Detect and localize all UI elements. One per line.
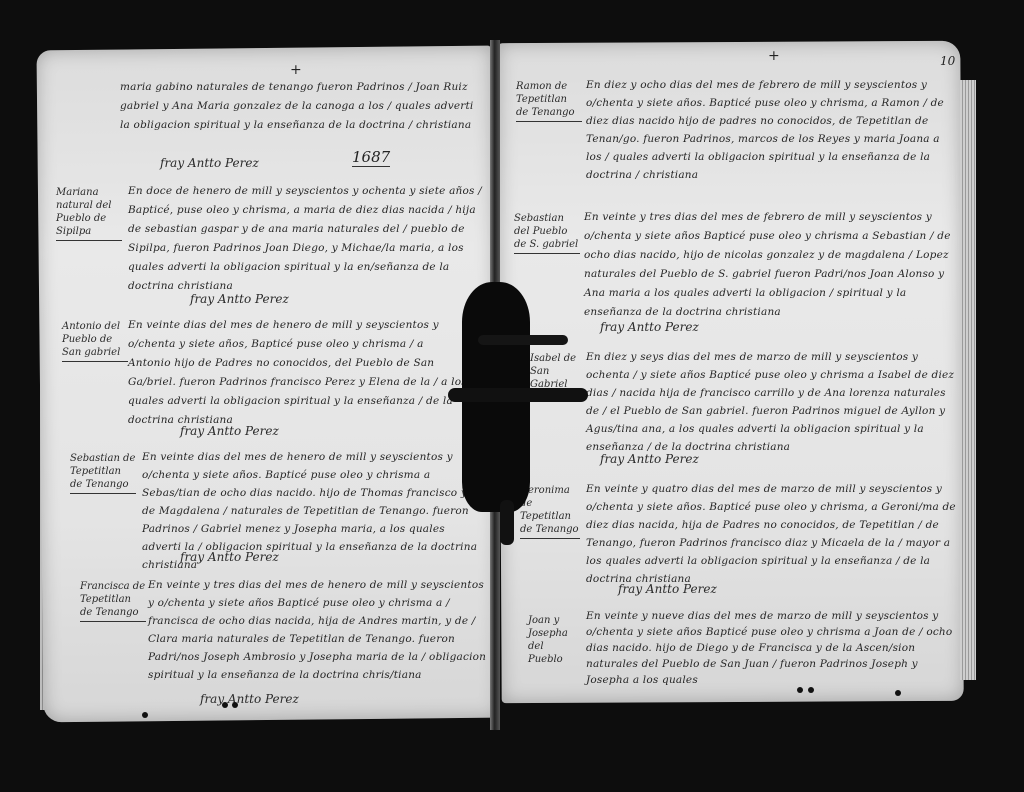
year-heading: 1687: [352, 148, 390, 167]
ink-spot: [797, 687, 803, 693]
entry-text: En veinte y quatro dias del mes de marzo…: [586, 480, 956, 588]
left-continuation-text: maria gabino naturales de tenango fueron…: [120, 78, 480, 135]
entry-signature: fray Antto Perez: [618, 582, 717, 596]
ink-spot: [222, 702, 228, 708]
entry-margin-note: Geronima de Tepetitlan de Tenango: [520, 484, 580, 539]
entry-signature: fray Antto Perez: [180, 550, 279, 564]
ink-stain-damage: [500, 500, 514, 545]
entry-margin-note: Francisca de Tepetitlan de Tenango: [80, 580, 146, 622]
left-continuation-signature: fray Antto Perez: [160, 156, 259, 170]
ink-spot: [808, 687, 814, 693]
entry-text: En veinte y tres dias del mes de febrero…: [584, 208, 954, 322]
entry-margin-note: Ramon de Tepetitlan de Tenango: [516, 80, 582, 122]
entry-text: En diez y ocho dias del mes de febrero d…: [586, 76, 956, 184]
ink-spot: [232, 702, 238, 708]
ink-spot: [895, 690, 901, 696]
entry-margin-note: Sebastian de Tepetitlan de Tenango: [70, 452, 136, 494]
entry-margin-note: Sebastian del Pueblo de S. gabriel: [514, 212, 580, 254]
ink-stain-damage: [448, 388, 588, 402]
entry-signature: fray Antto Perez: [190, 292, 289, 306]
ink-spot: [142, 712, 148, 718]
right-header-cross-mark: +: [768, 48, 780, 64]
ink-stain-damage: [478, 335, 568, 345]
entry-signature: fray Antto Perez: [180, 424, 279, 438]
entry-margin-note: Joan y Josepha del Pueblo: [528, 614, 580, 668]
entry-text: En veinte y nueve dias del mes de marzo …: [586, 608, 956, 688]
open-register-book: + + 10 maria gabino naturales de tenango…: [0, 0, 1024, 792]
entry-signature: fray Antto Perez: [600, 320, 699, 334]
left-header-cross-mark: +: [290, 62, 302, 78]
entry-margin-note: Mariana natural del Pueblo de Sipilpa: [56, 186, 122, 241]
entry-text: En veinte y tres dias del mes de henero …: [148, 576, 488, 684]
entry-text: En diez y seys dias del mes de marzo de …: [586, 348, 956, 456]
entry-signature: fray Antto Perez: [200, 692, 299, 706]
entry-text: En veinte dias del mes de henero de mill…: [128, 316, 468, 430]
entry-text: En doce de henero de mill y seyscientos …: [128, 182, 483, 296]
page-number: 10: [940, 54, 955, 68]
entry-signature: fray Antto Perez: [600, 452, 699, 466]
entry-margin-note: Antonio del Pueblo de San gabriel: [62, 320, 128, 362]
right-page-edge-stack: [960, 80, 976, 680]
